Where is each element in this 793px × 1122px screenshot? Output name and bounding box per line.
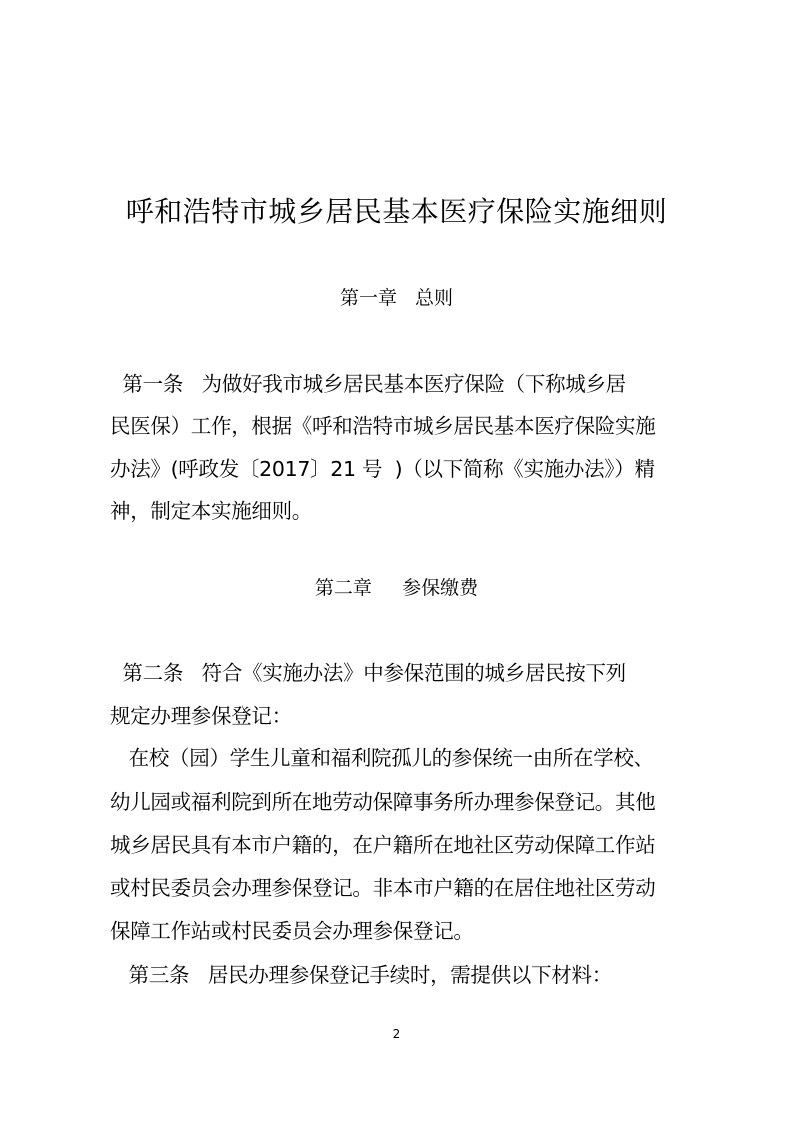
paragraph-line-5: 保障工作站或村民委员会办理参保登记。 xyxy=(110,914,474,944)
article-1-line-3: 办法》(呼政发〔2017〕21 号 )（以下简称《实施办法》）精 xyxy=(110,452,655,482)
article-2-line-2: 规定办理参保登记： xyxy=(110,699,292,729)
paragraph-line-3: 城乡居民具有本市户籍的，在户籍所在地社区劳动保障工作站 xyxy=(110,828,655,858)
document-title: 呼和浩特市城乡居民基本医疗保险实施细则 xyxy=(0,190,793,230)
paragraph-line-1: 在校（园）学生儿童和福利院孤儿的参保统一由所在学校、 xyxy=(110,741,654,771)
article-2-line-1: 第二条 符合《实施办法》中参保范围的城乡居民按下列 xyxy=(110,656,626,686)
page-number: 2 xyxy=(0,1027,793,1041)
paragraph-line-4: 或村民委员会办理参保登记。非本市户籍的在居住地社区劳动 xyxy=(110,871,655,901)
chapter-2-heading: 第二章 参保缴费 xyxy=(0,573,793,600)
document-page: 呼和浩特市城乡居民基本医疗保险实施细则 第一章 总则 第一条 为做好我市城乡居民… xyxy=(0,0,793,1122)
article-1-line-4: 神，制定本实施细则。 xyxy=(110,494,312,524)
paragraph-line-2: 幼儿园或福利院到所在地劳动保障事务所办理参保登记。其他 xyxy=(110,785,655,815)
article-3-line: 第三条 居民办理参保登记手续时，需提供以下材料： xyxy=(110,958,612,988)
chapter-1-heading: 第一章 总则 xyxy=(0,283,793,310)
article-1-line-1: 第一条 为做好我市城乡居民基本医疗保险（下称城乡居 xyxy=(110,367,626,397)
article-1-line-2: 民医保）工作，根据《呼和浩特市城乡居民基本医疗保险实施 xyxy=(110,409,655,439)
